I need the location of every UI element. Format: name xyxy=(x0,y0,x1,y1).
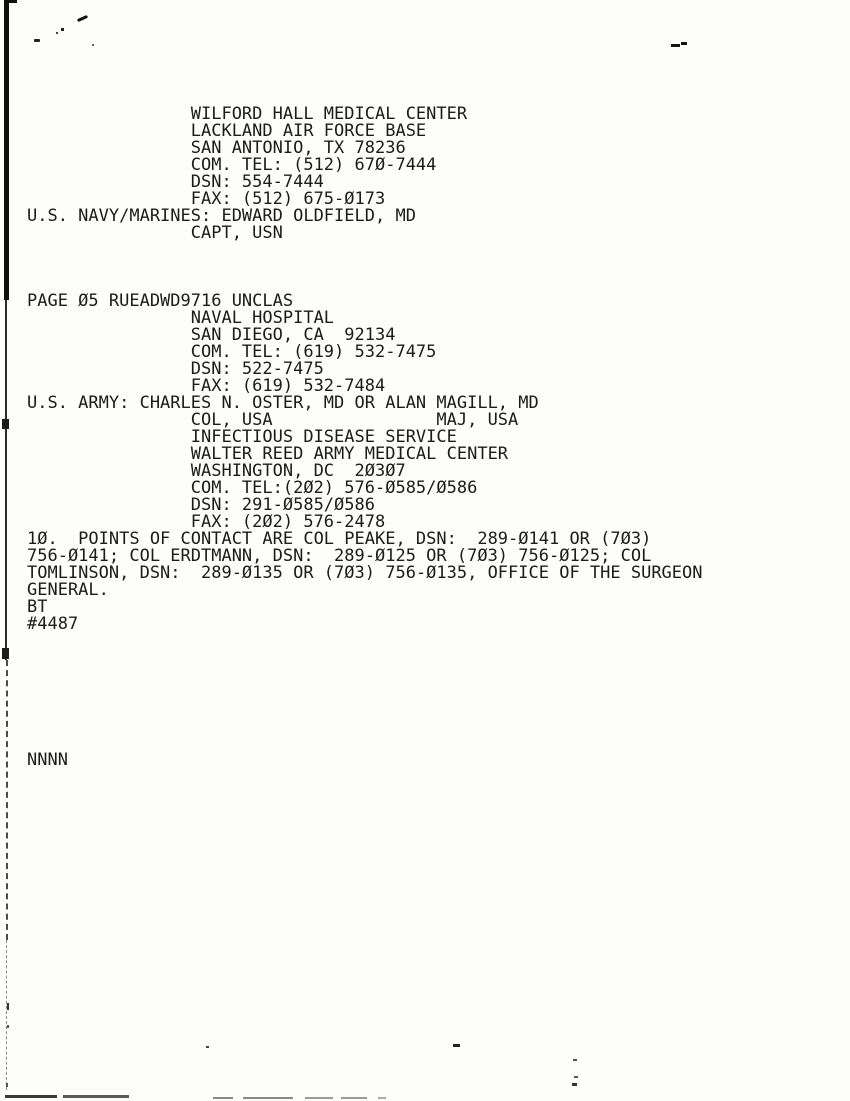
torn-edge-segment xyxy=(5,1095,57,1098)
scan-speck xyxy=(574,1076,578,1078)
scan-edge-dot xyxy=(6,1083,8,1087)
document-text: WILFORD HALL MEDICAL CENTER LACKLAND AIR… xyxy=(27,106,703,769)
torn-edge-segment xyxy=(341,1097,367,1099)
scan-dash xyxy=(671,44,680,47)
scan-speck xyxy=(453,1044,460,1047)
scan-edge-line-top xyxy=(4,0,9,300)
scan-speck xyxy=(572,1083,577,1086)
pen-speck xyxy=(61,28,64,31)
scan-edge-blob xyxy=(2,648,9,659)
torn-edge-segment xyxy=(213,1097,233,1099)
pen-speck xyxy=(92,44,94,46)
torn-edge-segment xyxy=(378,1097,386,1099)
pen-speck xyxy=(56,32,58,34)
scan-edge-hook xyxy=(8,0,17,3)
torn-edge-segment xyxy=(243,1097,293,1099)
scan-edge-dot xyxy=(7,1025,9,1028)
scan-speck xyxy=(573,1059,577,1061)
torn-edge-segment xyxy=(305,1097,333,1099)
scan-edge-line-low xyxy=(6,660,8,940)
scan-speck xyxy=(206,1046,209,1048)
pen-speck xyxy=(77,15,88,22)
scan-edge-blob xyxy=(2,419,9,429)
torn-edge-segment xyxy=(63,1095,129,1098)
scan-edge-line-faint xyxy=(6,940,7,1090)
scan-edge-line-mid xyxy=(5,300,7,660)
scan-dash xyxy=(681,42,687,45)
scan-edge-dot xyxy=(7,1003,9,1010)
scanned-document-page: WILFORD HALL MEDICAL CENTER LACKLAND AIR… xyxy=(0,0,850,1101)
pen-speck xyxy=(34,39,40,42)
